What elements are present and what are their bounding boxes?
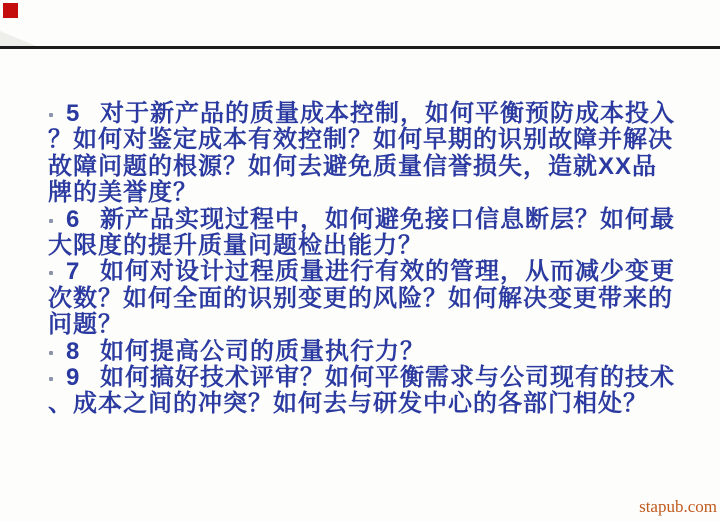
question-item-6-line-2: 大限度的提升质量问题检出能力？: [48, 233, 693, 259]
item-text: 故障问题的根源？如何去避免质量信誉损失，造就XX品: [48, 153, 657, 180]
red-corner-marker: [3, 3, 18, 18]
item-number: 5: [66, 101, 100, 127]
top-divider-line: [0, 46, 720, 49]
item-text: 对于新产品的质量成本控制，如何平衡预防成本投入: [100, 100, 675, 127]
item-text: 问题？: [48, 311, 123, 338]
item-number: 8: [66, 339, 100, 365]
bullet-dot: [49, 377, 53, 381]
question-item-7-line-3: 问题？: [48, 312, 693, 338]
question-item-6-line-1: 6新产品实现过程中，如何避免接口信息断层？如何最: [48, 207, 693, 233]
bullet-dot: [49, 113, 53, 117]
item-text: 新产品实现过程中，如何避免接口信息断层？如何最: [100, 206, 675, 233]
item-number: 6: [66, 207, 100, 233]
bullet-dot: [49, 351, 53, 355]
question-item-7-line-1: 7如何对设计过程质量进行有效的管理，从而减少变更: [48, 259, 693, 285]
question-item-8-line-1: 8如何提高公司的质量执行力？: [48, 339, 693, 365]
question-item-5-line-2: ？如何对鉴定成本有效控制？如何早期的识别故障并解决: [48, 127, 693, 153]
question-item-9-line-2: 、成本之间的冲突？如何去与研发中心的各部门相处？: [48, 391, 693, 417]
item-text: 如何对设计过程质量进行有效的管理，从而减少变更: [100, 258, 675, 285]
slide: 5对于新产品的质量成本控制，如何平衡预防成本投入 ？如何对鉴定成本有效控制？如何…: [0, 0, 720, 521]
question-item-9-line-1: 9如何搞好技术评审？如何平衡需求与公司现有的技术: [48, 365, 693, 391]
site-watermark: stapub.com: [639, 497, 717, 517]
question-item-5-line-3: 故障问题的根源？如何去避免质量信誉损失，造就XX品: [48, 154, 693, 180]
item-text: 大限度的提升质量问题检出能力？: [48, 232, 423, 259]
item-number: 9: [66, 365, 100, 391]
item-text: 如何提高公司的质量执行力？: [100, 338, 425, 365]
question-item-5-line-4: 牌的美誉度？: [48, 180, 693, 206]
bullet-dot: [49, 271, 53, 275]
item-text: 、成本之间的冲突？如何去与研发中心的各部门相处？: [48, 390, 648, 417]
item-text: 如何搞好技术评审？如何平衡需求与公司现有的技术: [100, 364, 675, 391]
question-list: 5对于新产品的质量成本控制，如何平衡预防成本投入 ？如何对鉴定成本有效控制？如何…: [48, 101, 693, 418]
item-number: 7: [66, 259, 100, 285]
item-text: 次数？如何全面的识别变更的风险？如何解决变更带来的: [48, 285, 673, 312]
item-text: ？如何对鉴定成本有效控制？如何早期的识别故障并解决: [48, 126, 673, 153]
question-item-5-line-1: 5对于新产品的质量成本控制，如何平衡预防成本投入: [48, 101, 693, 127]
question-item-7-line-2: 次数？如何全面的识别变更的风险？如何解决变更带来的: [48, 286, 693, 312]
bullet-dot: [49, 219, 53, 223]
watermark-smudge: [0, 31, 36, 46]
item-text: 牌的美誉度？: [48, 179, 198, 206]
